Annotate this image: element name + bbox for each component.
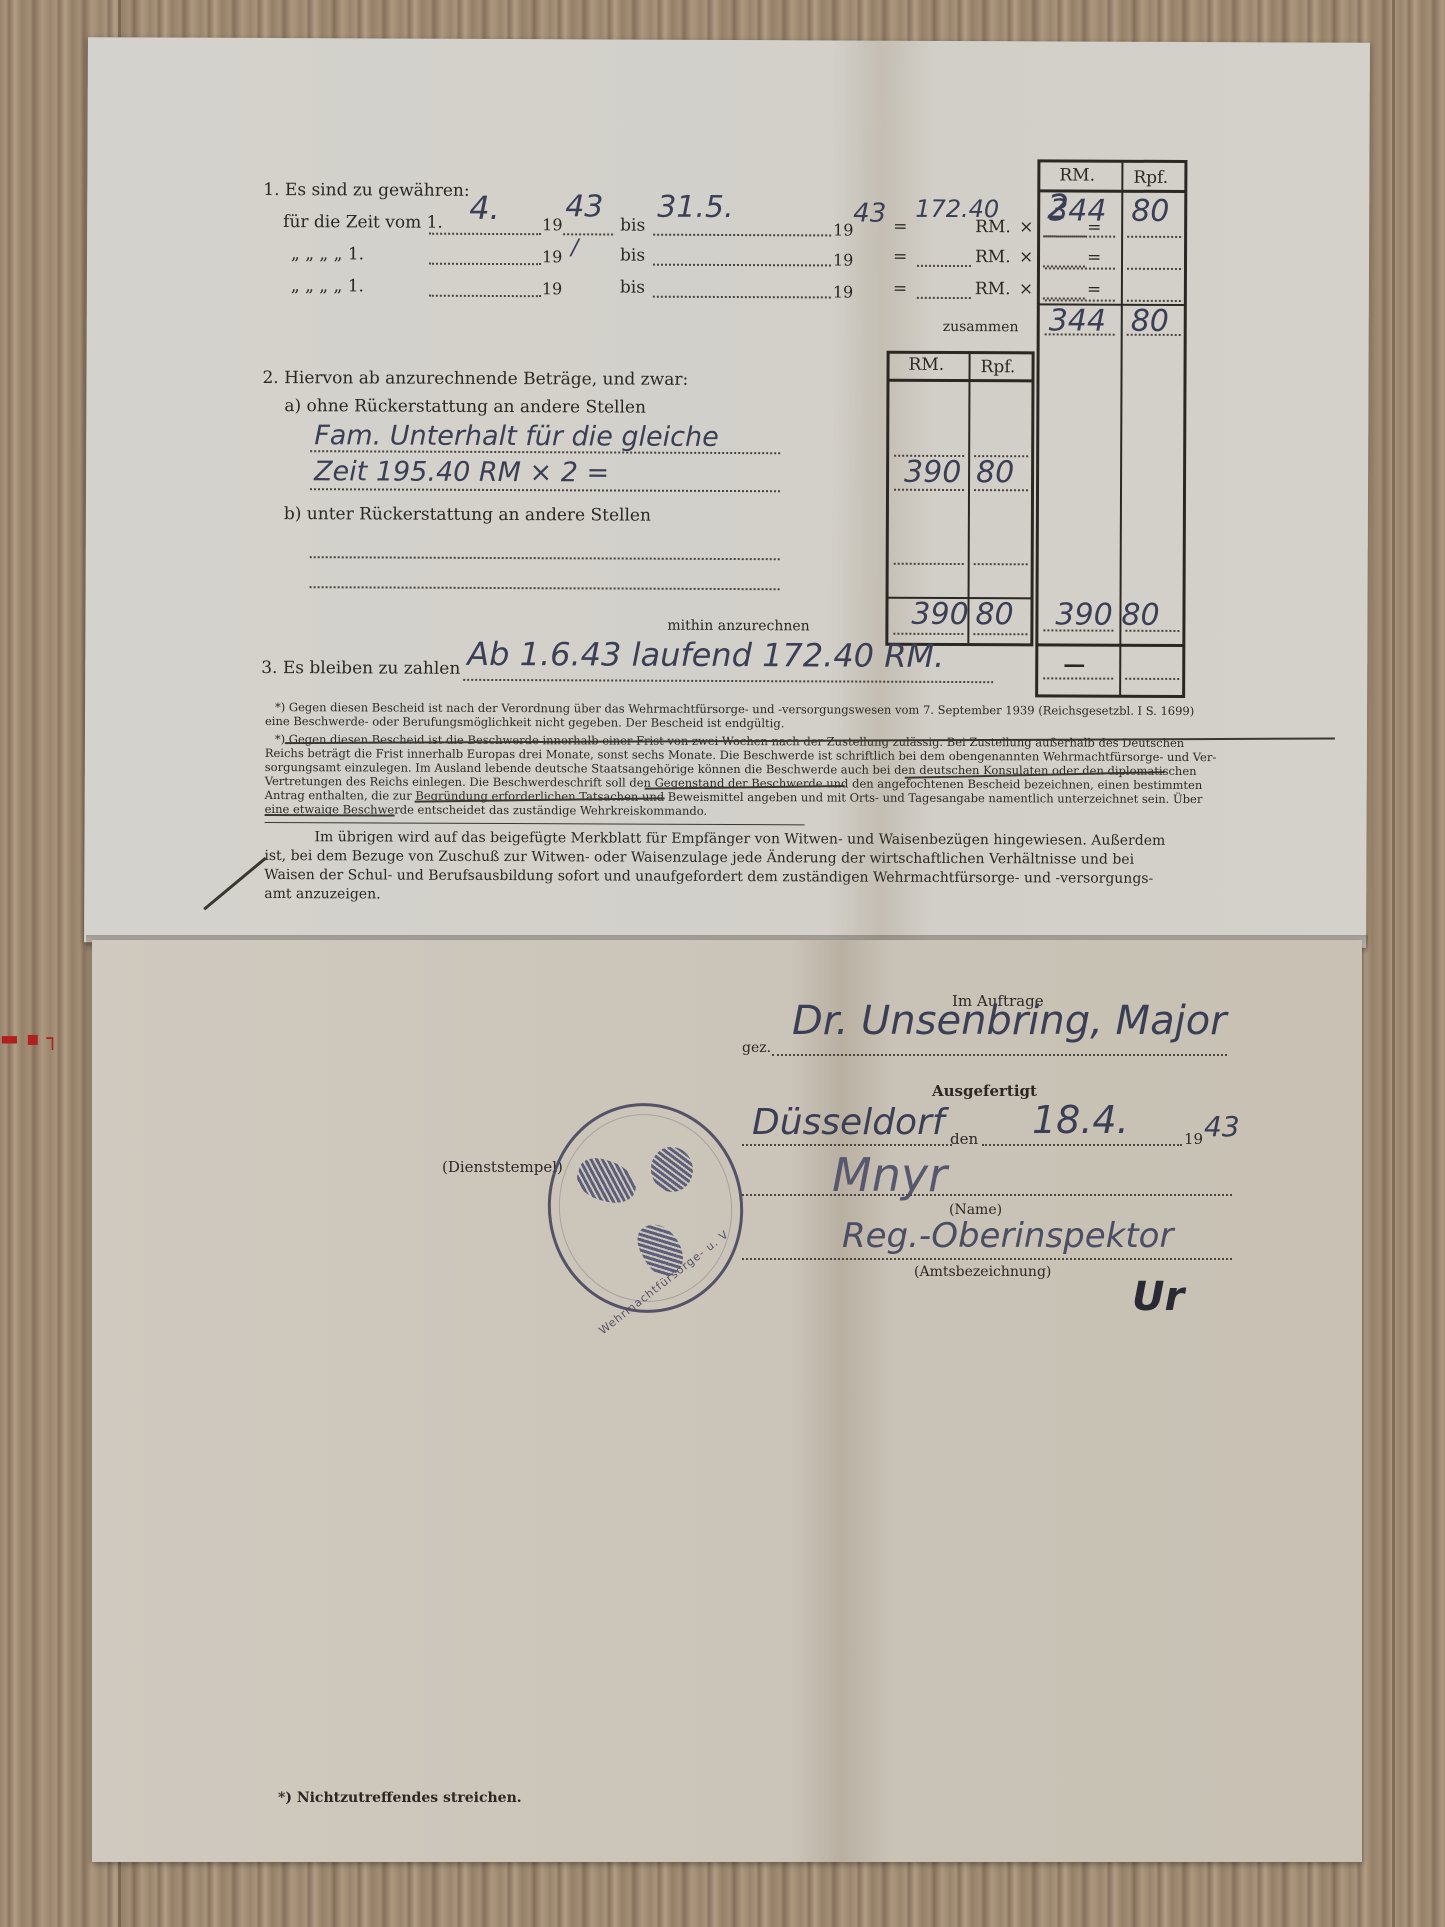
dotted-line — [429, 263, 541, 265]
section2-a-label: a) ohne Rückerstattung an andere Stellen — [284, 396, 646, 418]
notice-line3: Waisen der Schul- und Berufsausbildung s… — [264, 866, 1153, 889]
dotted-line — [917, 297, 971, 299]
gez-label: gez. — [742, 1040, 771, 1056]
row3-rm: RM. — [975, 279, 1011, 299]
section1-heading: 1. Es sind zu gewähren: — [263, 180, 469, 201]
wood-seam — [1392, 0, 1395, 1927]
gez-signature: Dr. Unsenbring, Major — [792, 998, 1227, 1044]
row1-rm: RM. — [975, 217, 1011, 237]
row1-year-prefix: 19 — [542, 215, 562, 234]
row1-to-year-prefix: 19 — [833, 220, 853, 239]
section2-b-label: b) unter Rückerstattung an andere Stelle… — [284, 504, 651, 526]
dotted-line — [653, 234, 831, 237]
den-label: den — [950, 1130, 978, 1148]
notice-line4: amt anzuzeigen. — [264, 885, 380, 905]
table-header-rm: RM. — [1059, 165, 1095, 185]
dotted-line — [1125, 678, 1179, 680]
row1-equals: = — [893, 217, 907, 237]
row3-prefix: „ „ „ „ 1. — [291, 276, 364, 296]
dotted-line — [429, 233, 541, 235]
dotted-line — [742, 1194, 1232, 1196]
dotted-line — [1127, 236, 1181, 238]
subtable-sum-rpf: 80 — [975, 597, 1013, 632]
zusammen-rpf: 80 — [1131, 304, 1169, 339]
row2-bis: bis — [620, 246, 645, 266]
subtable-header-rm: RM. — [909, 355, 945, 375]
row1-from-month: 4. — [469, 189, 500, 227]
row1-to-year: 43 — [853, 199, 886, 229]
dotted-line — [973, 633, 1027, 635]
row3-year-prefix: 19 — [542, 279, 562, 298]
table-header-rule — [1039, 189, 1185, 193]
separator-rule — [265, 822, 805, 825]
mithin-rm-main: 390 — [1055, 597, 1112, 632]
table-header-rpf: Rpf. — [1133, 168, 1168, 188]
row1-times: × — [1019, 217, 1033, 237]
amtsbezeichnung-label: (Amtsbezeichnung) — [914, 1264, 1051, 1280]
subtable-sum-rm: 390 — [911, 597, 968, 632]
table-header-rule — [888, 379, 1032, 383]
dotted-line — [1045, 299, 1115, 301]
amtsbezeichnung-handwritten: Reg.-Oberinspektor — [842, 1216, 1173, 1256]
row3-equals: = — [893, 279, 907, 299]
row1-total-rpf: 80 — [1131, 194, 1169, 229]
section2-heading: 2. Hiervon ab anzurechnende Beträge, und… — [262, 368, 688, 390]
row2-equals: = — [893, 247, 907, 267]
row1-from-year: 43 — [565, 189, 603, 224]
dienststempel-label: (Dienststempel) — [442, 1158, 563, 1176]
dotted-line — [429, 295, 541, 297]
row2-rm: RM. — [975, 247, 1011, 267]
section3-heading: 3. Es bleiben zu zahlen — [261, 658, 460, 679]
row1-total-rm: 344 — [1049, 193, 1106, 228]
mithin-rpf-main: 80 — [1121, 598, 1159, 633]
row1-to-date: 31.5. — [657, 190, 733, 225]
dotted-line — [772, 1054, 1227, 1056]
row1-bis: bis — [620, 216, 645, 236]
row2-year-prefix: 19 — [542, 247, 562, 266]
dotted-line — [893, 633, 963, 635]
ausgefertigt-label: Ausgefertigt — [932, 1082, 1037, 1100]
date-handwritten: 18.4. — [1032, 1098, 1129, 1142]
place-handwritten: Düsseldorf — [752, 1102, 945, 1143]
pen-mark — [203, 857, 266, 910]
document-sheet-top: 1. Es sind zu gewähren: für die Zeit vom… — [84, 37, 1370, 948]
dotted-line — [974, 563, 1028, 565]
dotted-line — [653, 264, 831, 267]
initial-mark: Ur — [1132, 1274, 1184, 1320]
dotted-line — [742, 1144, 952, 1146]
row2-to-year-prefix: 19 — [833, 250, 853, 269]
dotted-line — [463, 679, 993, 683]
row3-bis: bis — [620, 278, 645, 298]
bottom-footnote: *) Nichtzutreffendes streichen. — [278, 1790, 522, 1806]
row3-to-year-prefix: 19 — [833, 282, 853, 301]
red-paint-mark: ▬ ▪ ┐ — [0, 1026, 70, 1040]
dotted-line — [982, 1144, 1182, 1146]
mithin-label: mithin anzurechnen — [667, 618, 809, 635]
dotted-line — [894, 563, 964, 565]
section3-handwritten: Ab 1.6.43 laufend 172.40 RM. — [467, 635, 944, 675]
dotted-line — [1045, 267, 1115, 269]
dotted-line — [974, 489, 1028, 491]
dotted-line — [742, 1258, 1232, 1260]
row1-prefix: für die Zeit vom 1. — [283, 212, 443, 233]
document-sheet-bottom: Im Auftrage gez. Dr. Unsenbring, Major A… — [92, 940, 1362, 1862]
row3-times: × — [1019, 279, 1033, 299]
year-prefix: 19 — [1184, 1130, 1203, 1148]
subtable-header-rpf: Rpf. — [981, 357, 1016, 377]
remaining-dash: — — [1063, 651, 1085, 677]
dotted-line — [917, 265, 971, 267]
dotted-line — [1045, 235, 1115, 237]
row2-from-year: / — [571, 235, 579, 260]
zusammen-rm: 344 — [1049, 303, 1106, 338]
subtable-a-rpf: 80 — [976, 455, 1014, 490]
dotted-line — [1043, 677, 1113, 679]
dotted-line — [653, 296, 831, 299]
dotted-line — [310, 556, 780, 560]
dotted-line — [310, 488, 780, 492]
dotted-line — [1127, 268, 1181, 270]
footnote1-line2: eine Beschwerde- oder Berufungsmöglichke… — [265, 714, 784, 731]
section2-a-handwritten-line1: Fam. Unterhalt für die gleiche — [314, 420, 719, 453]
dotted-line — [310, 586, 780, 590]
dotted-line — [1127, 300, 1181, 302]
dotted-line — [894, 489, 964, 491]
row2-prefix: „ „ „ „ 1. — [291, 244, 364, 264]
row2-times: × — [1019, 247, 1033, 267]
subtable-a-rm: 390 — [904, 455, 961, 490]
zusammen-label: zusammen — [943, 319, 1019, 335]
result-rule — [1037, 643, 1183, 647]
section2-a-handwritten-line2: Zeit 195.40 RM × 2 = — [314, 456, 609, 488]
year-handwritten: 43 — [1204, 1110, 1240, 1143]
